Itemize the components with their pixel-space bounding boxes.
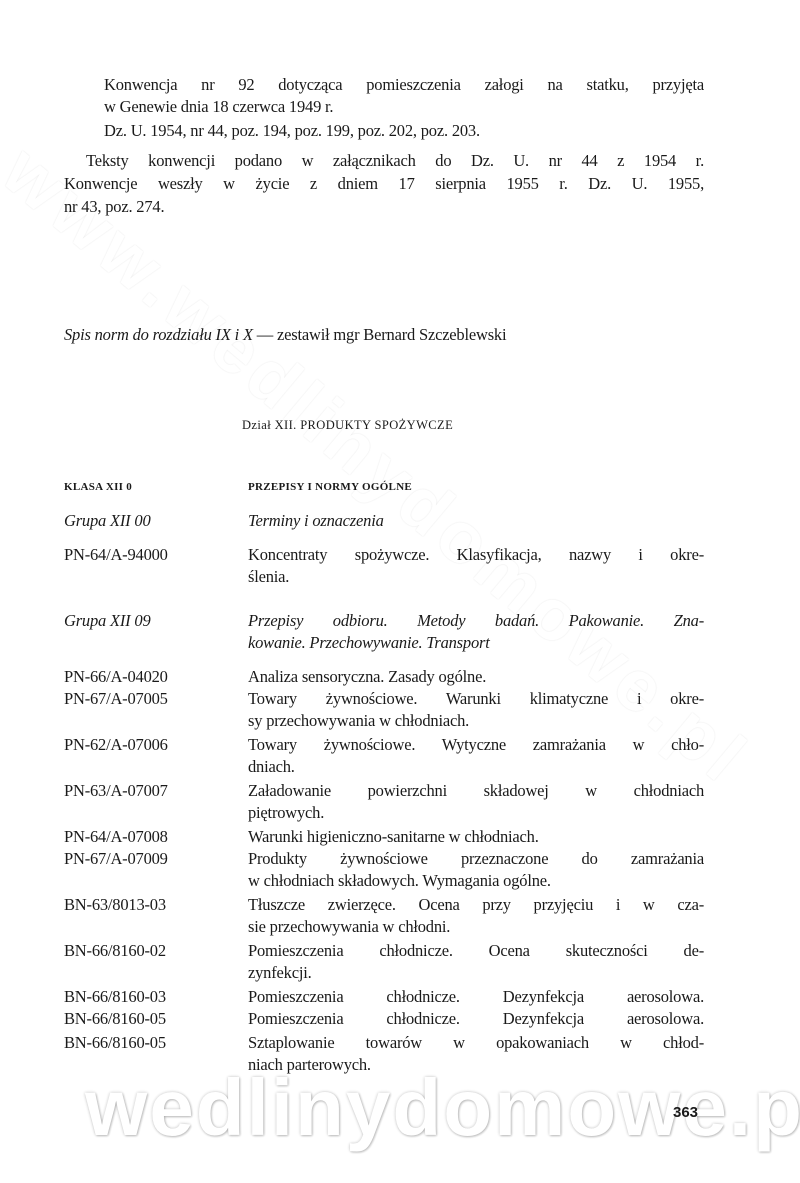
norm-description: Analiza sensoryczna. Zasady ogólne. [248, 666, 486, 688]
norm-code: BN-66/8160-05 [64, 1032, 166, 1054]
norm-description-cont: dniach. [248, 756, 295, 778]
group-title: Terminy i oznaczenia [248, 510, 384, 532]
norm-code: BN-66/8160-02 [64, 940, 166, 962]
norm-description: Tłuszcze zwierzęce. Ocena przy przyjęciu… [248, 894, 704, 916]
norm-code: PN-67/A-07005 [64, 688, 168, 710]
convention-line-1: Konwencja nr 92 dotycząca pomieszczenia … [104, 74, 704, 96]
norm-code: PN-64/A-07008 [64, 826, 168, 848]
section-title: Dział XII. PRODUKTY SPOŻYWCZE [242, 414, 453, 436]
norm-description: Warunki higieniczno-sanitarne w chłodnia… [248, 826, 539, 848]
compiler-note-title: Spis norm do rozdziału IX i X [64, 325, 253, 344]
document-page: www.wedlinydomowe.pl Konwencja nr 92 dot… [0, 0, 800, 1183]
compiler-note: Spis norm do rozdziału IX i X — zestawił… [64, 324, 506, 346]
norm-description-cont: sy przechowywania w chłodniach. [248, 710, 469, 732]
klasa-code: KLASA XII 0 [64, 476, 132, 498]
group-code: Grupa XII 00 [64, 510, 151, 532]
norm-description: Koncentraty spożywcze. Klasyfikacja, naz… [248, 544, 704, 566]
paragraph-line-3: nr 43, poz. 274. [64, 196, 164, 218]
norm-description: Produkty żywnościowe przeznaczone do zam… [248, 848, 704, 870]
norm-code: PN-66/A-04020 [64, 666, 168, 688]
norm-description-cont: ślenia. [248, 566, 289, 588]
page-number: 363 [673, 1104, 698, 1121]
group-title-cont: kowanie. Przechowywanie. Transport [248, 632, 490, 654]
journal-reference: Dz. U. 1954, nr 44, poz. 194, poz. 199, … [104, 120, 480, 142]
norm-code: PN-67/A-07009 [64, 848, 168, 870]
convention-line-2: w Genewie dnia 18 czerwca 1949 r. [104, 96, 333, 118]
compiler-note-author: — zestawił mgr Bernard Szczeblewski [253, 325, 507, 344]
norm-description: Pomieszczenia chłodnicze. Dezynfekcja ae… [248, 1008, 704, 1030]
norm-code: BN-63/8013-03 [64, 894, 166, 916]
paragraph-line-1: Teksty konwencji podano w załącznikach d… [86, 150, 704, 172]
norm-description: Towary żywnościowe. Wytyczne zamrażania … [248, 734, 704, 756]
norm-description-cont: w chłodniach składowych. Wymagania ogóln… [248, 870, 551, 892]
norm-description: Załadowanie powierzchni składowej w chło… [248, 780, 704, 802]
norm-description-cont: zynfekcji. [248, 962, 312, 984]
paragraph-line-2: Konwencje weszły w życie z dniem 17 sier… [64, 173, 704, 195]
norm-code: PN-62/A-07006 [64, 734, 168, 756]
norm-code: BN-66/8160-03 [64, 986, 166, 1008]
norm-description: Sztaplowanie towarów w opakowaniach w ch… [248, 1032, 704, 1054]
group-title: Przepisy odbioru. Metody badań. Pakowani… [248, 610, 704, 632]
norm-description: Towary żywnościowe. Warunki klimatyczne … [248, 688, 704, 710]
norm-code: BN-66/8160-05 [64, 1008, 166, 1030]
norm-code: PN-64/A-94000 [64, 544, 168, 566]
norm-description: Pomieszczenia chłodnicze. Ocena skuteczn… [248, 940, 704, 962]
norm-description-cont: sie przechowywania w chłodni. [248, 916, 450, 938]
group-code: Grupa XII 09 [64, 610, 151, 632]
norm-code: PN-63/A-07007 [64, 780, 168, 802]
klasa-title: PRZEPISY I NORMY OGÓLNE [248, 476, 412, 498]
norm-description-cont: piętrowych. [248, 802, 324, 824]
norm-description: Pomieszczenia chłodnicze. Dezynfekcja ae… [248, 986, 704, 1008]
